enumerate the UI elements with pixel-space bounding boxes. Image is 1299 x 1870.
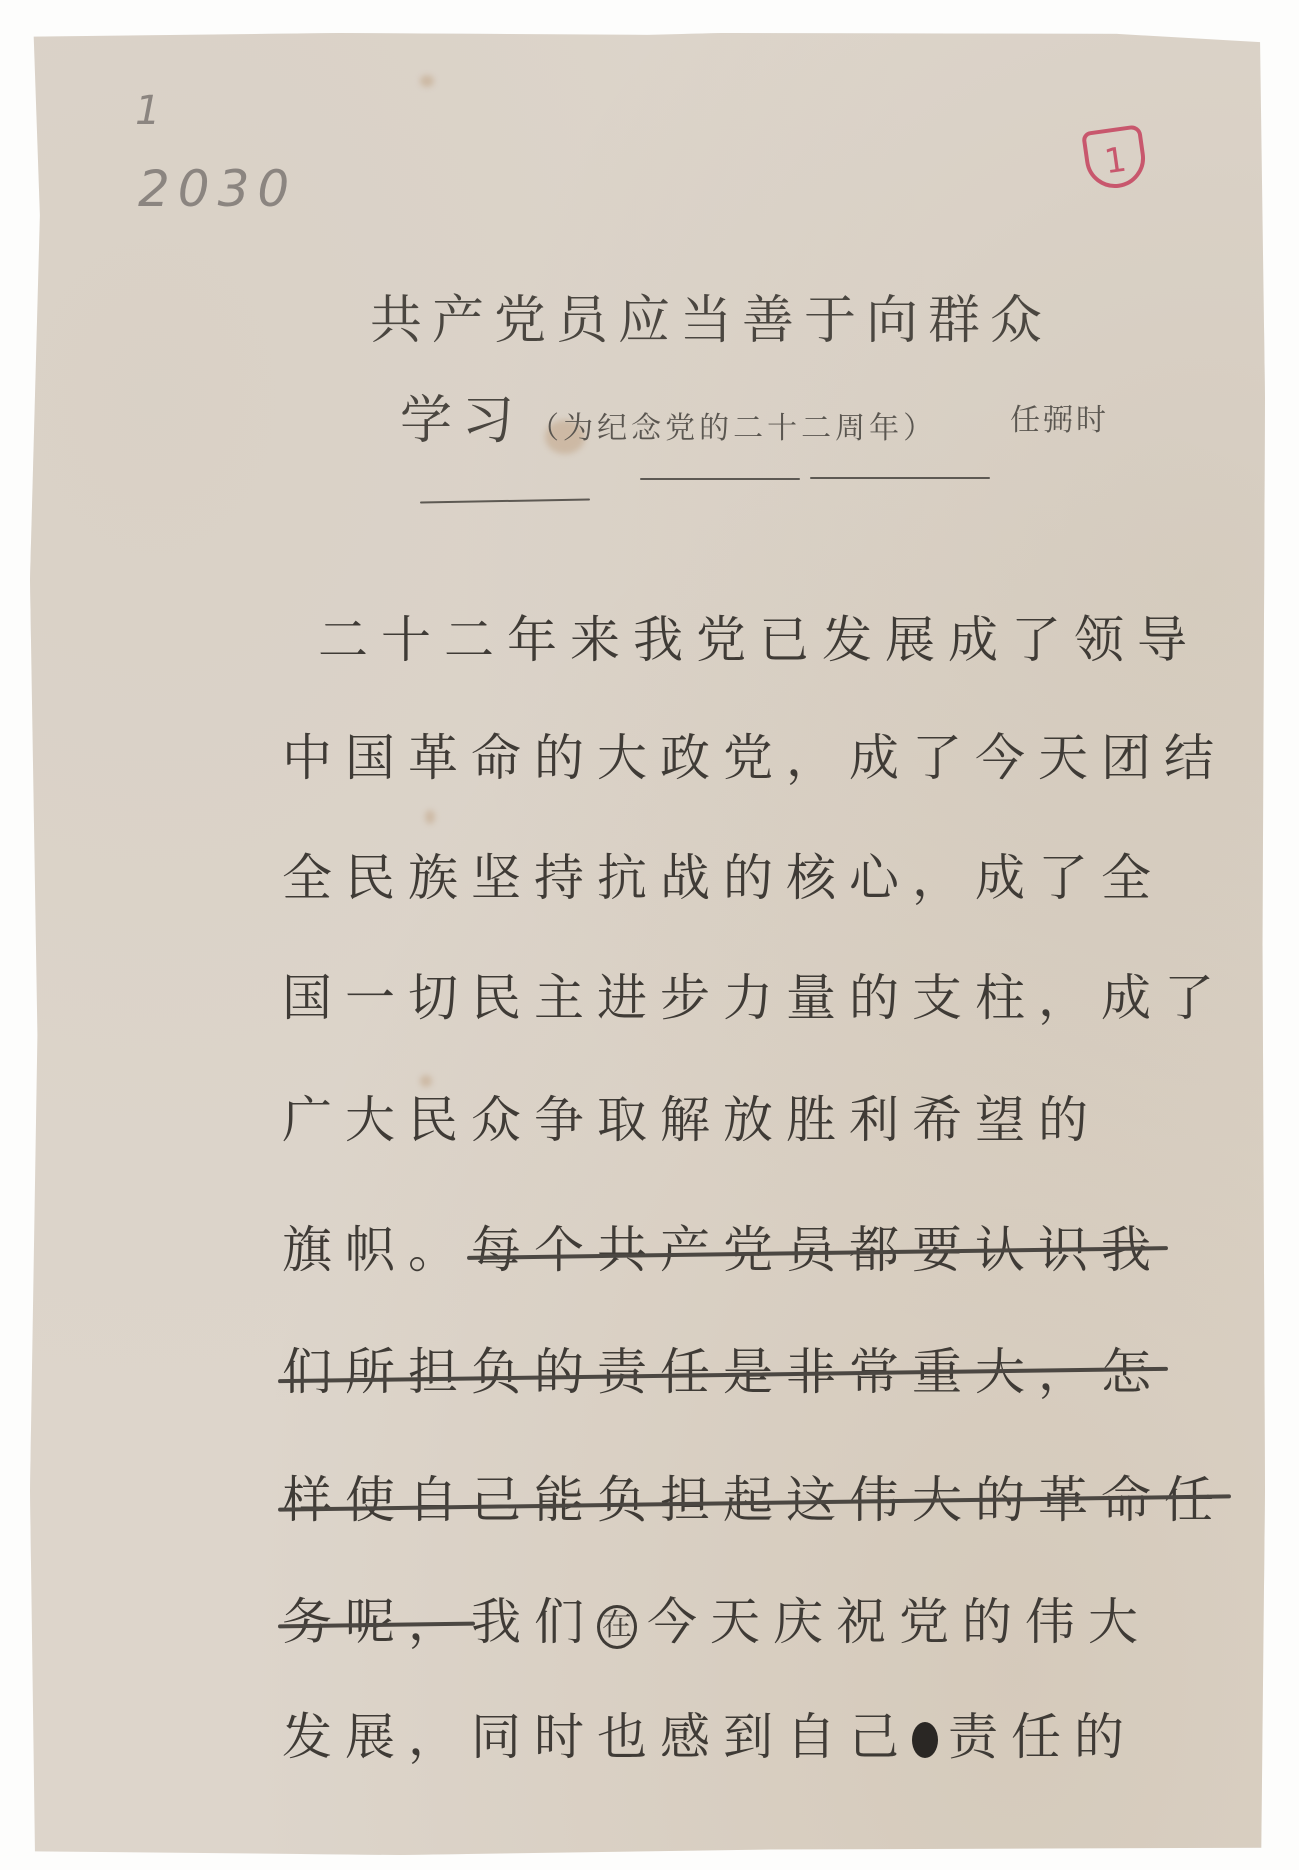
title-line-1: 共产党员应当善于向群众 (370, 278, 1052, 353)
body-line-8: 样使自己能负担起这伟大的革命任 (282, 1460, 1227, 1532)
stain-mark (425, 810, 435, 824)
body-line-10: 发展，同时也感到自己责任的 (282, 1697, 1137, 1769)
title-main: 学习 (400, 391, 524, 451)
kept-text: 发展，同时也感到自己 (282, 1708, 912, 1766)
pencil-mark-top: 1 (135, 88, 160, 134)
pencil-archive-number: 2030 (138, 160, 297, 218)
body-line-2: 中国革命的大政党，成了今天团结 (282, 718, 1227, 790)
circled-correction: 在 (597, 1605, 637, 1649)
struck-text: 们所担负的责任是非常重大，怎 (282, 1343, 1164, 1401)
struck-text: 务呢， (282, 1593, 471, 1651)
body-line-1: 二十二年来我党已发展成了领导 (318, 600, 1200, 672)
title-subtitle: （为纪念党的二十二周年） (529, 411, 937, 446)
stain-mark (420, 75, 434, 87)
body-line-9: 务呢，我们在今天庆祝党的伟大 (282, 1582, 1151, 1654)
ink-blot (912, 1722, 938, 1758)
kept-text: 旗帜。 (282, 1221, 471, 1279)
kept-text-2: 今天庆祝党的伟大 (647, 1593, 1151, 1651)
title-line-2: 学习 （为纪念党的二十二周年） (400, 378, 937, 453)
kept-text-2: 责任的 (948, 1708, 1137, 1766)
body-line-7: 们所担负的责任是非常重大，怎 (282, 1332, 1164, 1404)
body-line-4: 国一切民主进步力量的支柱，成了 (282, 958, 1227, 1030)
title-underline-right-2 (810, 477, 990, 479)
body-line-5: 广大民众争取解放胜利希望的 (282, 1080, 1101, 1152)
title-underline-right (640, 478, 800, 480)
struck-text: 样使自己能负担起这伟大的革命任 (282, 1471, 1227, 1529)
struck-text: 每个共产党员都要认识我 (471, 1221, 1164, 1279)
body-line-3: 全民族坚持抗战的核心，成了全 (282, 838, 1164, 910)
kept-text: 我们 (471, 1593, 597, 1651)
body-line-6: 旗帜。每个共产党员都要认识我 (282, 1210, 1164, 1282)
author-name: 任弼时 (1010, 395, 1109, 439)
